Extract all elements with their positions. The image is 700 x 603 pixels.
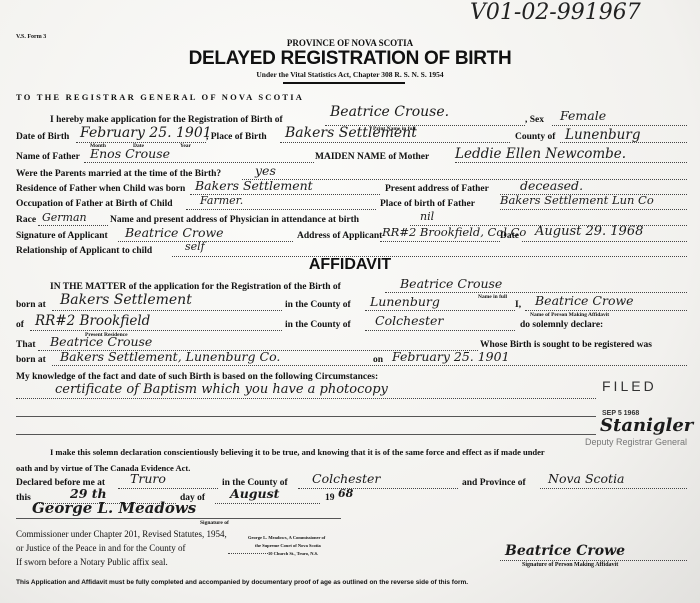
- province-heading: PROVINCE OF NOVA SCOTIA: [0, 38, 700, 48]
- place-label: , Place of Birth: [206, 132, 267, 142]
- race-value: German: [42, 211, 87, 224]
- filed-stamp-label: FILED: [602, 378, 657, 394]
- year-prefix: 19: [325, 493, 335, 503]
- birth-registration-document: V01-02-991967 V.S. Form 3 PROVINCE OF NO…: [0, 0, 700, 603]
- born-at-full: Bakers Settlement, Lunenburg Co.: [60, 349, 280, 364]
- filed-title: Deputy Registrar General: [585, 437, 687, 447]
- relationship-label: Relationship of Applicant to child: [16, 246, 152, 256]
- married-label: Were the Parents married at the time of …: [16, 169, 221, 179]
- born-on-date: February 25. 1901: [392, 349, 510, 364]
- commissioner-line-1: Commissioner under Chapter 201, Revised …: [16, 529, 227, 539]
- commissioner-stamp-1: George L. Meadows, A Commissioner of: [248, 535, 325, 540]
- county-label: County of: [515, 132, 555, 142]
- affidavit-county: Lunenburg: [370, 294, 440, 309]
- place-of-birth: Bakers Settlement: [285, 125, 417, 141]
- name-in-full-caption: Name in full: [478, 294, 507, 300]
- footer-note: This Application and Affidavit must be f…: [16, 579, 468, 586]
- born-at-label: born at: [16, 300, 46, 310]
- application-date: August 29. 1968: [535, 224, 643, 239]
- commissioner-stamp-3: 10 Church St., Truro, N.S.: [268, 551, 318, 556]
- signature-of-caption: Signature of: [200, 520, 229, 526]
- sex-value: Female: [560, 108, 606, 123]
- residence-county-label: in the County of: [285, 320, 351, 330]
- that-label: That: [16, 340, 36, 350]
- occupation-label: Occupation of Father at Birth of Child: [16, 199, 173, 209]
- race-label: Race: [16, 215, 36, 225]
- father-address-label: Present address of Father: [385, 184, 489, 194]
- deponent-residence: RR#2 Brookfield: [35, 313, 150, 329]
- deponent-signature: Beatrice Crowe: [505, 543, 625, 559]
- born-at-label-2: born at: [16, 355, 46, 365]
- commissioner-stamp-2: the Supreme Court of Nova Scotia: [255, 543, 321, 548]
- i-label: I,: [515, 300, 521, 310]
- residence-label: Residence of Father when Child was born: [16, 184, 185, 194]
- commissioner-signature: George L. Meadows: [32, 499, 196, 517]
- parents-married: yes: [255, 163, 276, 178]
- deponent-name: Beatrice Crowe: [535, 293, 634, 308]
- document-subtitle: Under the Vital Statistics Act, Chapter …: [0, 70, 700, 79]
- sex-label: , Sex: [525, 115, 544, 125]
- title-rule: [283, 82, 405, 84]
- affidavit-county-label: in the County of: [285, 300, 351, 310]
- declared-province: Nova Scotia: [548, 471, 625, 486]
- year-caption: Year: [180, 143, 191, 149]
- addressee: TO THE REGISTRAR GENERAL OF NOVA SCOTIA: [16, 92, 304, 102]
- province-label: and Province of: [462, 478, 526, 488]
- residence-county: Colchester: [375, 313, 443, 328]
- declaration-text-1: I make this solemn declaration conscient…: [50, 447, 545, 457]
- physician-value: nil: [420, 210, 434, 223]
- file-number: V01-02-991967: [470, 0, 641, 25]
- declared-month: August: [230, 486, 279, 501]
- declared-county: Colchester: [312, 471, 380, 486]
- on-label: on: [373, 355, 383, 365]
- affidavit-heading: AFFIDAVIT: [0, 256, 700, 274]
- father-name: Enos Crouse: [90, 146, 170, 161]
- mother-maiden-name: Leddie Ellen Newcombe.: [455, 146, 626, 162]
- knowledge-label: My knowledge of the fact and date of suc…: [16, 372, 378, 382]
- mother-label: MAIDEN NAME of Mother: [315, 152, 429, 162]
- county-of-birth: Lunenburg: [565, 127, 640, 143]
- father-present-address: deceased.: [520, 178, 583, 193]
- father-label: Name of Father: [16, 152, 80, 162]
- intro-label: I hereby make application for the Regist…: [50, 115, 283, 125]
- declare-label: do solemnly declare:: [520, 320, 603, 330]
- applicant-signature-label: Signature of Applicant: [16, 231, 108, 241]
- affidavit-born-at: Bakers Settlement: [60, 292, 192, 308]
- physician-label: Name and present address of Physician in…: [110, 215, 359, 225]
- circumstances-text: certificate of Baptism which you have a …: [55, 382, 388, 397]
- declared-at: Truro: [130, 471, 166, 486]
- dob-label: Date of Birth: [16, 132, 69, 142]
- applicant-address-label: Address of Applicant: [297, 231, 382, 241]
- matter-name: Beatrice Crouse: [400, 276, 502, 291]
- father-birthplace: Bakers Settlement Lun Co: [500, 193, 654, 207]
- deponent-caption: Name of Person Making Affidavit: [530, 312, 609, 318]
- applicant-signature: Beatrice Crowe: [125, 225, 224, 240]
- this-label: this: [16, 493, 31, 503]
- date-of-birth: February 25. 1901: [80, 125, 212, 141]
- relationship-value: self: [185, 240, 205, 253]
- father-occupation: Farmer.: [200, 194, 243, 207]
- document-title: DELAYED REGISTRATION OF BIRTH: [0, 48, 700, 70]
- matter-label: IN THE MATTER of the application for the…: [50, 282, 341, 292]
- commissioner-line-2: or Justice of the Peace in and for the C…: [16, 543, 185, 553]
- deponent-signature-caption: Signature of Person Making Affidavit: [522, 562, 618, 568]
- that-name: Beatrice Crouse: [50, 334, 152, 349]
- declared-year: 68: [338, 487, 353, 500]
- commissioner-line-3: If sworn before a Notary Public affix se…: [16, 557, 168, 567]
- of-label: of: [16, 320, 24, 330]
- father-birthplace-label: Place of birth of Father: [380, 199, 475, 209]
- father-residence: Bakers Settlement: [195, 178, 313, 193]
- date-label: Date: [500, 231, 519, 241]
- child-name: Beatrice Crouse.: [330, 104, 449, 120]
- filed-signature: Stanigler: [600, 415, 693, 436]
